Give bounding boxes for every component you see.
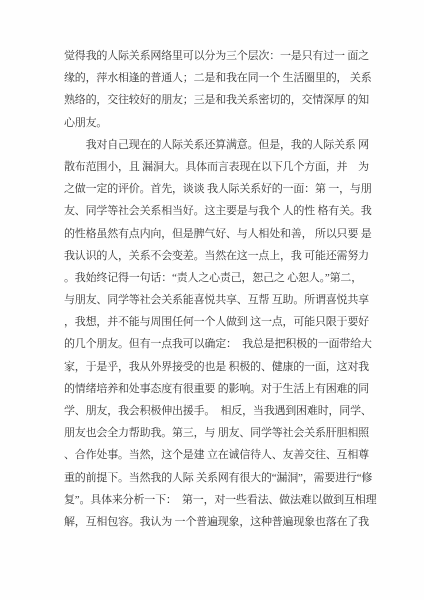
essay-text-block: 觉得我的人际关系网络里可以分为三个层次：一是只有过一 面之 缘的，萍水相逢的普通… [64,45,370,533]
text-line: 心朋友。 [64,112,370,134]
text-line: 朋友也会全力帮助我。第三，与 朋友、同学等社会关系肝胆相照 [64,422,370,444]
text-line: 、合作处事。当然，这个是建 立在诚信待人、友善交往、互相尊 [64,444,370,466]
text-line: 的情绪培养和处事态度有很重要 的影响。对于生活上有困难的同 [64,378,370,400]
text-line: 复”。具体来分析一下： 第一，对一些看法、做法难以做到互相理 [64,489,370,511]
text-line: 的性格虽然有点内向，但是脾气好、与人相处和善， 所以只要 是 [64,223,370,245]
text-line: 的几个朋友。但有一点我可以确定： 我总是把积极的一面带给大 [64,333,370,355]
text-line: 。我始终记得一句话：“责人之心责己，恕己之 心恕人。”第二， [64,267,370,289]
text-line: 重的前提下。当然我的人际 关系网有很大的“漏洞”，需要进行“修 [64,467,370,489]
text-line: 之做一定的评价。首先，谈谈 我人际关系好的一面：第 一，与朋 [64,178,370,200]
text-line: 我对自己现在的人际关系还算满意。但是，我的人际关系 网 [64,134,370,156]
text-line: 与朋友、同学等社会关系能喜悦共享、互帮 互助。所谓喜悦共享 [64,289,370,311]
text-line: 家，于是乎，我从外界接受的也是 积极的、健康的一面，这对我 [64,356,370,378]
text-line: 我认识的人，关系不会变差。当然在这一点上，我 可能还需努力 [64,245,370,267]
text-line: 友、同学等社会关系相当好。这主要是与我个 人的性 格有关。我 [64,200,370,222]
document-page: 觉得我的人际关系网络里可以分为三个层次：一是只有过一 面之 缘的，萍水相逢的普通… [0,0,424,600]
text-line: 熟络的，交往较好的朋友；三是和我关系密切的，交情深厚 的知 [64,89,370,111]
text-line: ，我想，并不能与周围任何一个人做到 这一点，可能只限于要好 [64,311,370,333]
text-line: 解，互相包容。我认为 一个普遍现象，这种普遍现象也落在了我 [64,511,370,533]
text-line: 缘的，萍水相逢的普通人；二是和我在同一个 生活圈里的， 关系 [64,67,370,89]
text-line: 散布范围小，且 漏洞大。具体而言表现在以下几个方面，并 为 [64,156,370,178]
text-line: 学、朋友，我会积极伸出援手。 相反，当我遇到困难时，同学、 [64,400,370,422]
text-line: 觉得我的人际关系网络里可以分为三个层次：一是只有过一 面之 [64,45,370,67]
